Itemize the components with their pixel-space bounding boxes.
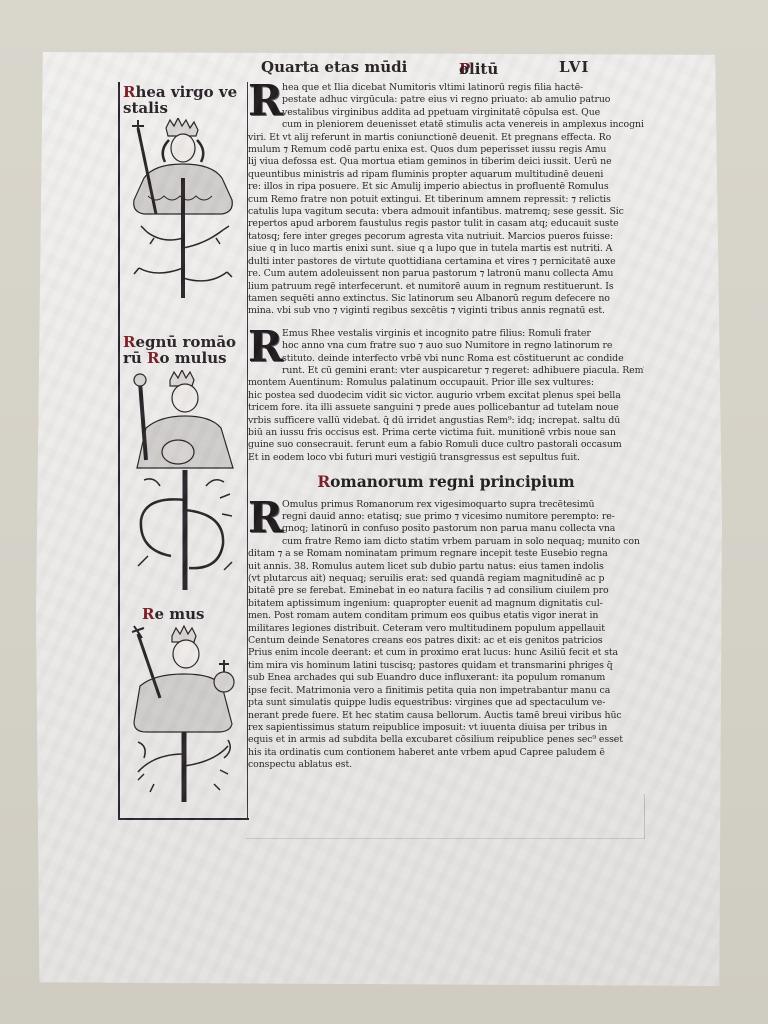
remus-portrait-icon: [124, 624, 242, 814]
show-through-text-block: [246, 794, 645, 839]
initial-letter: R: [248, 330, 278, 366]
running-head: Quarta etas mūdi Politū LVI: [261, 56, 631, 82]
label-remus: Re mus: [142, 606, 204, 622]
woodcut-remus: [124, 624, 242, 814]
romulus-portrait-icon: [124, 370, 242, 600]
rhea-portrait-icon: [124, 118, 242, 308]
label-regnum-romanorum-romulus: Regnū romāo rū Ro mulus: [123, 334, 236, 366]
label-rhea: Rhea virgo ve stalis: [123, 84, 237, 116]
woodcut-romulus: [124, 370, 242, 600]
paragraph-romulus: R Omulus primus Romanorum rex vigesimoqu…: [248, 499, 644, 772]
folio-number: LVI: [559, 58, 589, 76]
paragraph-remus: R Emus Rhee vestalis virginis et incogni…: [248, 328, 644, 464]
genealogy-column: Rhea virgo ve stalis Reg: [118, 82, 248, 820]
paragraph-rhea: R hea que et Ilia dicebat Numitoris vlti…: [248, 82, 644, 318]
incunabula-leaf: Quarta etas mūdi Politū LVI Rhea virgo v…: [36, 52, 722, 986]
section-heading: Romanorum regni principium: [248, 476, 644, 488]
initial-letter: R: [248, 84, 278, 120]
running-head-title: Quarta etas mūdi: [261, 58, 407, 76]
woodcut-rhea-silvia: [124, 118, 242, 308]
column-bottom-rule: [120, 818, 249, 820]
main-text-column: R hea que et Ilia dicebat Numitoris vlti…: [248, 82, 644, 772]
initial-letter: R: [248, 501, 278, 537]
